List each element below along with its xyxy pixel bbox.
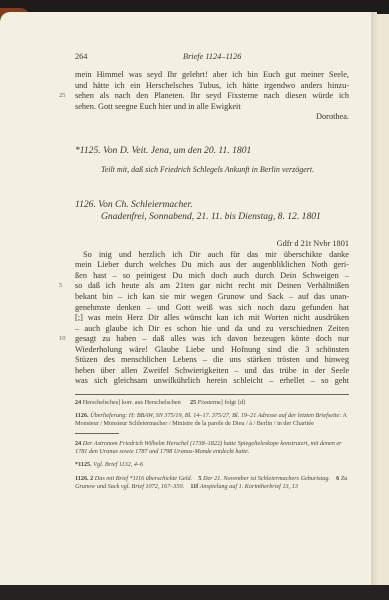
text-line: heben über allen Zweifel Schwierigkeiten… [75, 366, 349, 377]
text-line: mein Lieber durch welches Du mich aus de… [75, 260, 349, 271]
running-title: Briefe 1124–1126 [183, 52, 241, 63]
commentary-note: 1126. 2 Das mit Brief *1116 überschickte… [75, 475, 349, 491]
text-line: ßen hast – so peinigest Du mich doch auc… [75, 271, 349, 282]
page-content: 264 Briefe 1124–1126 mein Himmel was sey… [75, 52, 349, 496]
text-line: So inig und herzlich ich Dir auch für da… [75, 250, 349, 261]
text-line: 5so daß ich heute als am 21ten gar nicht… [75, 281, 349, 292]
letter-summary: Teilt mit, daß sich Friedrich Schlegels … [101, 165, 349, 176]
text-line: – auch glaube ich Dir es schon hie und d… [75, 324, 349, 335]
text-line: und hätte ich ein Herschelsches Tubus, i… [75, 81, 349, 92]
text-notes: 24 Herschelsches] korr. aus Herschelsche… [75, 399, 349, 407]
running-head: 264 Briefe 1124–1126 [75, 52, 349, 64]
signature: Dorothea. [75, 112, 349, 123]
text-line: Wiederholung wäre! Glaube Liebe und Hofn… [75, 345, 349, 356]
book-bottom-edge [0, 585, 389, 600]
commentary-note: *1125. Vgl. Brief 1132, 4–6 [75, 461, 349, 469]
text-line: mein Himmel was seyd Ihr gelehrt! aber i… [75, 70, 349, 81]
adjacent-page-edge [377, 14, 389, 594]
letter-1124-ending: mein Himmel was seyd Ihr gelehrt! aber i… [75, 70, 349, 123]
commentary-note: 24 Der Astronom Friedrich Wilhelm Hersch… [75, 440, 349, 456]
dateline: Gdfr d 21t Nvbr 1801 [75, 239, 349, 250]
line-number: 10 [59, 334, 66, 345]
text-line: genehmste denken – und Gott weiß was sic… [75, 303, 349, 314]
text-line: [;] was mein Herz Dir alles wünscht kan … [75, 313, 349, 324]
letter-heading: *1125. Von D. Veit. Jena, um den 20. 11.… [75, 145, 349, 157]
transmission-note: 1126. Überlieferung: H: BBAW, SN 375/19,… [75, 412, 349, 428]
text-line: bekant bin – ich kan sie mir wegen Gruno… [75, 292, 349, 303]
text-line: 25sehen als nach den Planeten. Ihr seyd … [75, 91, 349, 102]
text-line: 10gesagt zu haben – daß alles was ich da… [75, 334, 349, 345]
letter-1125: *1125. Von D. Veit. Jena, um den 20. 11.… [75, 145, 349, 176]
text-line: Stüzen des menschlichen Lebens – die uns… [75, 355, 349, 366]
line-number: 25 [59, 91, 66, 102]
page-number: 264 [75, 52, 87, 63]
commentary: 24 Der Astronom Friedrich Wilhelm Hersch… [75, 440, 349, 490]
commentary-rule [75, 433, 119, 434]
letter-heading-place-date: Gnadenfrei, Sonnabend, 21. 11. bis Diens… [75, 211, 349, 223]
apparatus-rule [75, 394, 349, 395]
letter-1126: 1126. Von Ch. Schleiermacher. Gnadenfrei… [75, 199, 349, 387]
text-apparatus: 24 Herschelsches] korr. aus Herschelsche… [75, 399, 349, 428]
text-line: was sich gleichsam unwilkührlich herein … [75, 376, 349, 387]
line-number: 5 [59, 281, 62, 292]
letter-heading: 1126. Von Ch. Schleiermacher. [75, 199, 349, 211]
text-line: sehen. Gott seegne Euch hier und in alle… [75, 102, 349, 113]
